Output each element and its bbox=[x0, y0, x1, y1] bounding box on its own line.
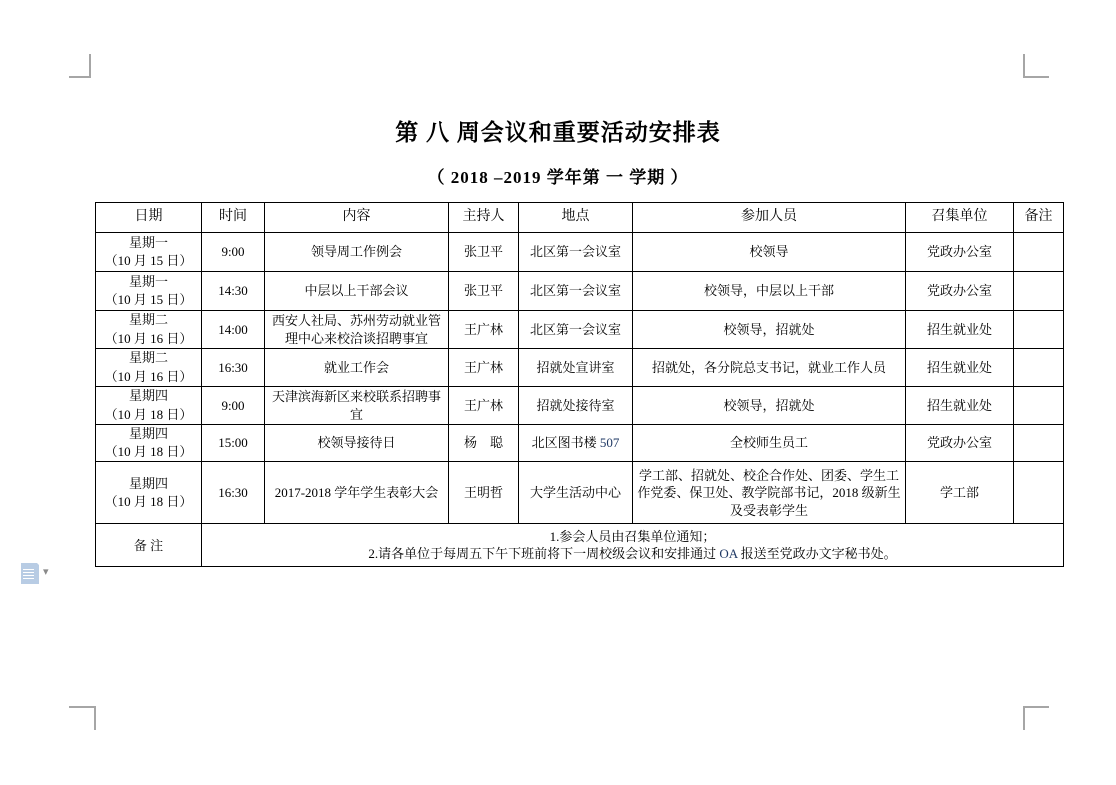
remark-cell bbox=[1014, 349, 1064, 387]
remark-cell bbox=[1014, 233, 1064, 272]
room-number: 507 bbox=[600, 435, 620, 450]
table-row: 星期四（10 月 18 日） 15:00 校领导接待日 杨 聪 北区图书楼 50… bbox=[96, 425, 1064, 462]
date-cell: 星期四（10 月 18 日） bbox=[96, 462, 202, 524]
participants-cell: 校领导，招就处 bbox=[633, 387, 906, 425]
page-fold-icon bbox=[36, 562, 42, 568]
organizer-cell: 党政办公室 bbox=[906, 233, 1014, 272]
organizer-cell: 招生就业处 bbox=[906, 387, 1014, 425]
location-cell: 北区图书楼 507 bbox=[519, 425, 633, 462]
organizer-cell: 招生就业处 bbox=[906, 349, 1014, 387]
header-host: 主持人 bbox=[449, 203, 519, 233]
table-header-row: 日期 时间 内容 主持人 地点 参加人员 召集单位 备注 bbox=[96, 203, 1064, 233]
note-line-1: 1.参会人员由召集单位通知； bbox=[204, 528, 1061, 546]
host-cell: 王广林 bbox=[449, 349, 519, 387]
paste-options-button[interactable] bbox=[21, 563, 39, 584]
header-time: 时间 bbox=[202, 203, 265, 233]
document-title: 第 八 周会议和重要活动安排表 bbox=[0, 114, 1116, 147]
remark-cell bbox=[1014, 272, 1064, 311]
content-cell: 中层以上干部会议 bbox=[265, 272, 449, 311]
time-cell: 14:30 bbox=[202, 272, 265, 311]
header-content: 内容 bbox=[265, 203, 449, 233]
participants-cell: 全校师生员工 bbox=[633, 425, 906, 462]
date-cell: 星期四（10 月 18 日） bbox=[96, 387, 202, 425]
date-cell: 星期一（10 月 15 日） bbox=[96, 233, 202, 272]
document-subtitle: （ 2018 –2019 学年第 一 学期 ） bbox=[0, 163, 1116, 188]
time-cell: 9:00 bbox=[202, 387, 265, 425]
paste-options-icon bbox=[23, 567, 34, 580]
participants-cell: 学工部、招就处、校企合作处、团委、学生工作党委、保卫处、教学院部书记，2018 … bbox=[633, 462, 906, 524]
date-cell: 星期四（10 月 18 日） bbox=[96, 425, 202, 462]
date-cell: 星期二（10 月 16 日） bbox=[96, 349, 202, 387]
participants-cell: 校领导，中层以上干部 bbox=[633, 272, 906, 311]
margin-crop-mark-top-right bbox=[1023, 54, 1049, 78]
time-cell: 15:00 bbox=[202, 425, 265, 462]
location-cell: 招就处接待室 bbox=[519, 387, 633, 425]
time-cell: 16:30 bbox=[202, 462, 265, 524]
schedule-table: 日期 时间 内容 主持人 地点 参加人员 召集单位 备注 星期一（10 月 15… bbox=[95, 202, 1064, 567]
remark-cell bbox=[1014, 387, 1064, 425]
margin-crop-mark-top-left bbox=[69, 54, 91, 78]
document-page: 第 八 周会议和重要活动安排表 （ 2018 –2019 学年第 一 学期 ） … bbox=[0, 0, 1116, 785]
remark-cell bbox=[1014, 311, 1064, 349]
host-cell: 王广林 bbox=[449, 387, 519, 425]
dropdown-arrow-icon[interactable]: ▾ bbox=[43, 565, 49, 578]
host-cell: 杨 聪 bbox=[449, 425, 519, 462]
header-date: 日期 bbox=[96, 203, 202, 233]
location-cell: 招就处宣讲室 bbox=[519, 349, 633, 387]
header-participants: 参加人员 bbox=[633, 203, 906, 233]
table-row: 星期一（10 月 15 日） 14:30 中层以上干部会议 张卫平 北区第一会议… bbox=[96, 272, 1064, 311]
header-organizer: 召集单位 bbox=[906, 203, 1014, 233]
notes-row: 备 注 1.参会人员由召集单位通知； 2.请各单位于每周五下午下班前将下一周校级… bbox=[96, 524, 1064, 567]
date-cell: 星期一（10 月 15 日） bbox=[96, 272, 202, 311]
content-cell: 天津滨海新区来校联系招聘事宜 bbox=[265, 387, 449, 425]
time-cell: 16:30 bbox=[202, 349, 265, 387]
table-row: 星期二（10 月 16 日） 14:00 西安人社局、苏州劳动就业管理中心来校洽… bbox=[96, 311, 1064, 349]
oa-system-text: OA bbox=[719, 546, 737, 561]
host-cell: 王明哲 bbox=[449, 462, 519, 524]
content-cell: 2017-2018 学年学生表彰大会 bbox=[265, 462, 449, 524]
content-cell: 领导周工作例会 bbox=[265, 233, 449, 272]
host-cell: 王广林 bbox=[449, 311, 519, 349]
participants-cell: 校领导 bbox=[633, 233, 906, 272]
notes-cell: 1.参会人员由召集单位通知； 2.请各单位于每周五下午下班前将下一周校级会议和安… bbox=[202, 524, 1064, 567]
margin-crop-mark-bottom-left bbox=[69, 706, 96, 730]
participants-cell: 校领导，招就处 bbox=[633, 311, 906, 349]
content-cell: 西安人社局、苏州劳动就业管理中心来校洽谈招聘事宜 bbox=[265, 311, 449, 349]
organizer-cell: 党政办公室 bbox=[906, 272, 1014, 311]
table-row: 星期四（10 月 18 日） 9:00 天津滨海新区来校联系招聘事宜 王广林 招… bbox=[96, 387, 1064, 425]
header-remark: 备注 bbox=[1014, 203, 1064, 233]
content-cell: 校领导接待日 bbox=[265, 425, 449, 462]
margin-crop-mark-bottom-right bbox=[1023, 706, 1049, 730]
location-cell: 北区第一会议室 bbox=[519, 233, 633, 272]
location-cell: 北区第一会议室 bbox=[519, 311, 633, 349]
organizer-cell: 党政办公室 bbox=[906, 425, 1014, 462]
table-row: 星期四（10 月 18 日） 16:30 2017-2018 学年学生表彰大会 … bbox=[96, 462, 1064, 524]
time-cell: 14:00 bbox=[202, 311, 265, 349]
remark-cell bbox=[1014, 425, 1064, 462]
participants-cell: 招就处，各分院总支书记，就业工作人员 bbox=[633, 349, 906, 387]
header-location: 地点 bbox=[519, 203, 633, 233]
date-cell: 星期二（10 月 16 日） bbox=[96, 311, 202, 349]
note-line-2: 2.请各单位于每周五下午下班前将下一周校级会议和安排通过 OA 报送至党政办文字… bbox=[204, 545, 1061, 563]
host-cell: 张卫平 bbox=[449, 272, 519, 311]
location-cell: 北区第一会议室 bbox=[519, 272, 633, 311]
organizer-cell: 招生就业处 bbox=[906, 311, 1014, 349]
host-cell: 张卫平 bbox=[449, 233, 519, 272]
table-row: 星期一（10 月 15 日） 9:00 领导周工作例会 张卫平 北区第一会议室 … bbox=[96, 233, 1064, 272]
organizer-cell: 学工部 bbox=[906, 462, 1014, 524]
time-cell: 9:00 bbox=[202, 233, 265, 272]
notes-label: 备 注 bbox=[96, 524, 202, 567]
content-cell: 就业工作会 bbox=[265, 349, 449, 387]
location-cell: 大学生活动中心 bbox=[519, 462, 633, 524]
table-row: 星期二（10 月 16 日） 16:30 就业工作会 王广林 招就处宣讲室 招就… bbox=[96, 349, 1064, 387]
remark-cell bbox=[1014, 462, 1064, 524]
